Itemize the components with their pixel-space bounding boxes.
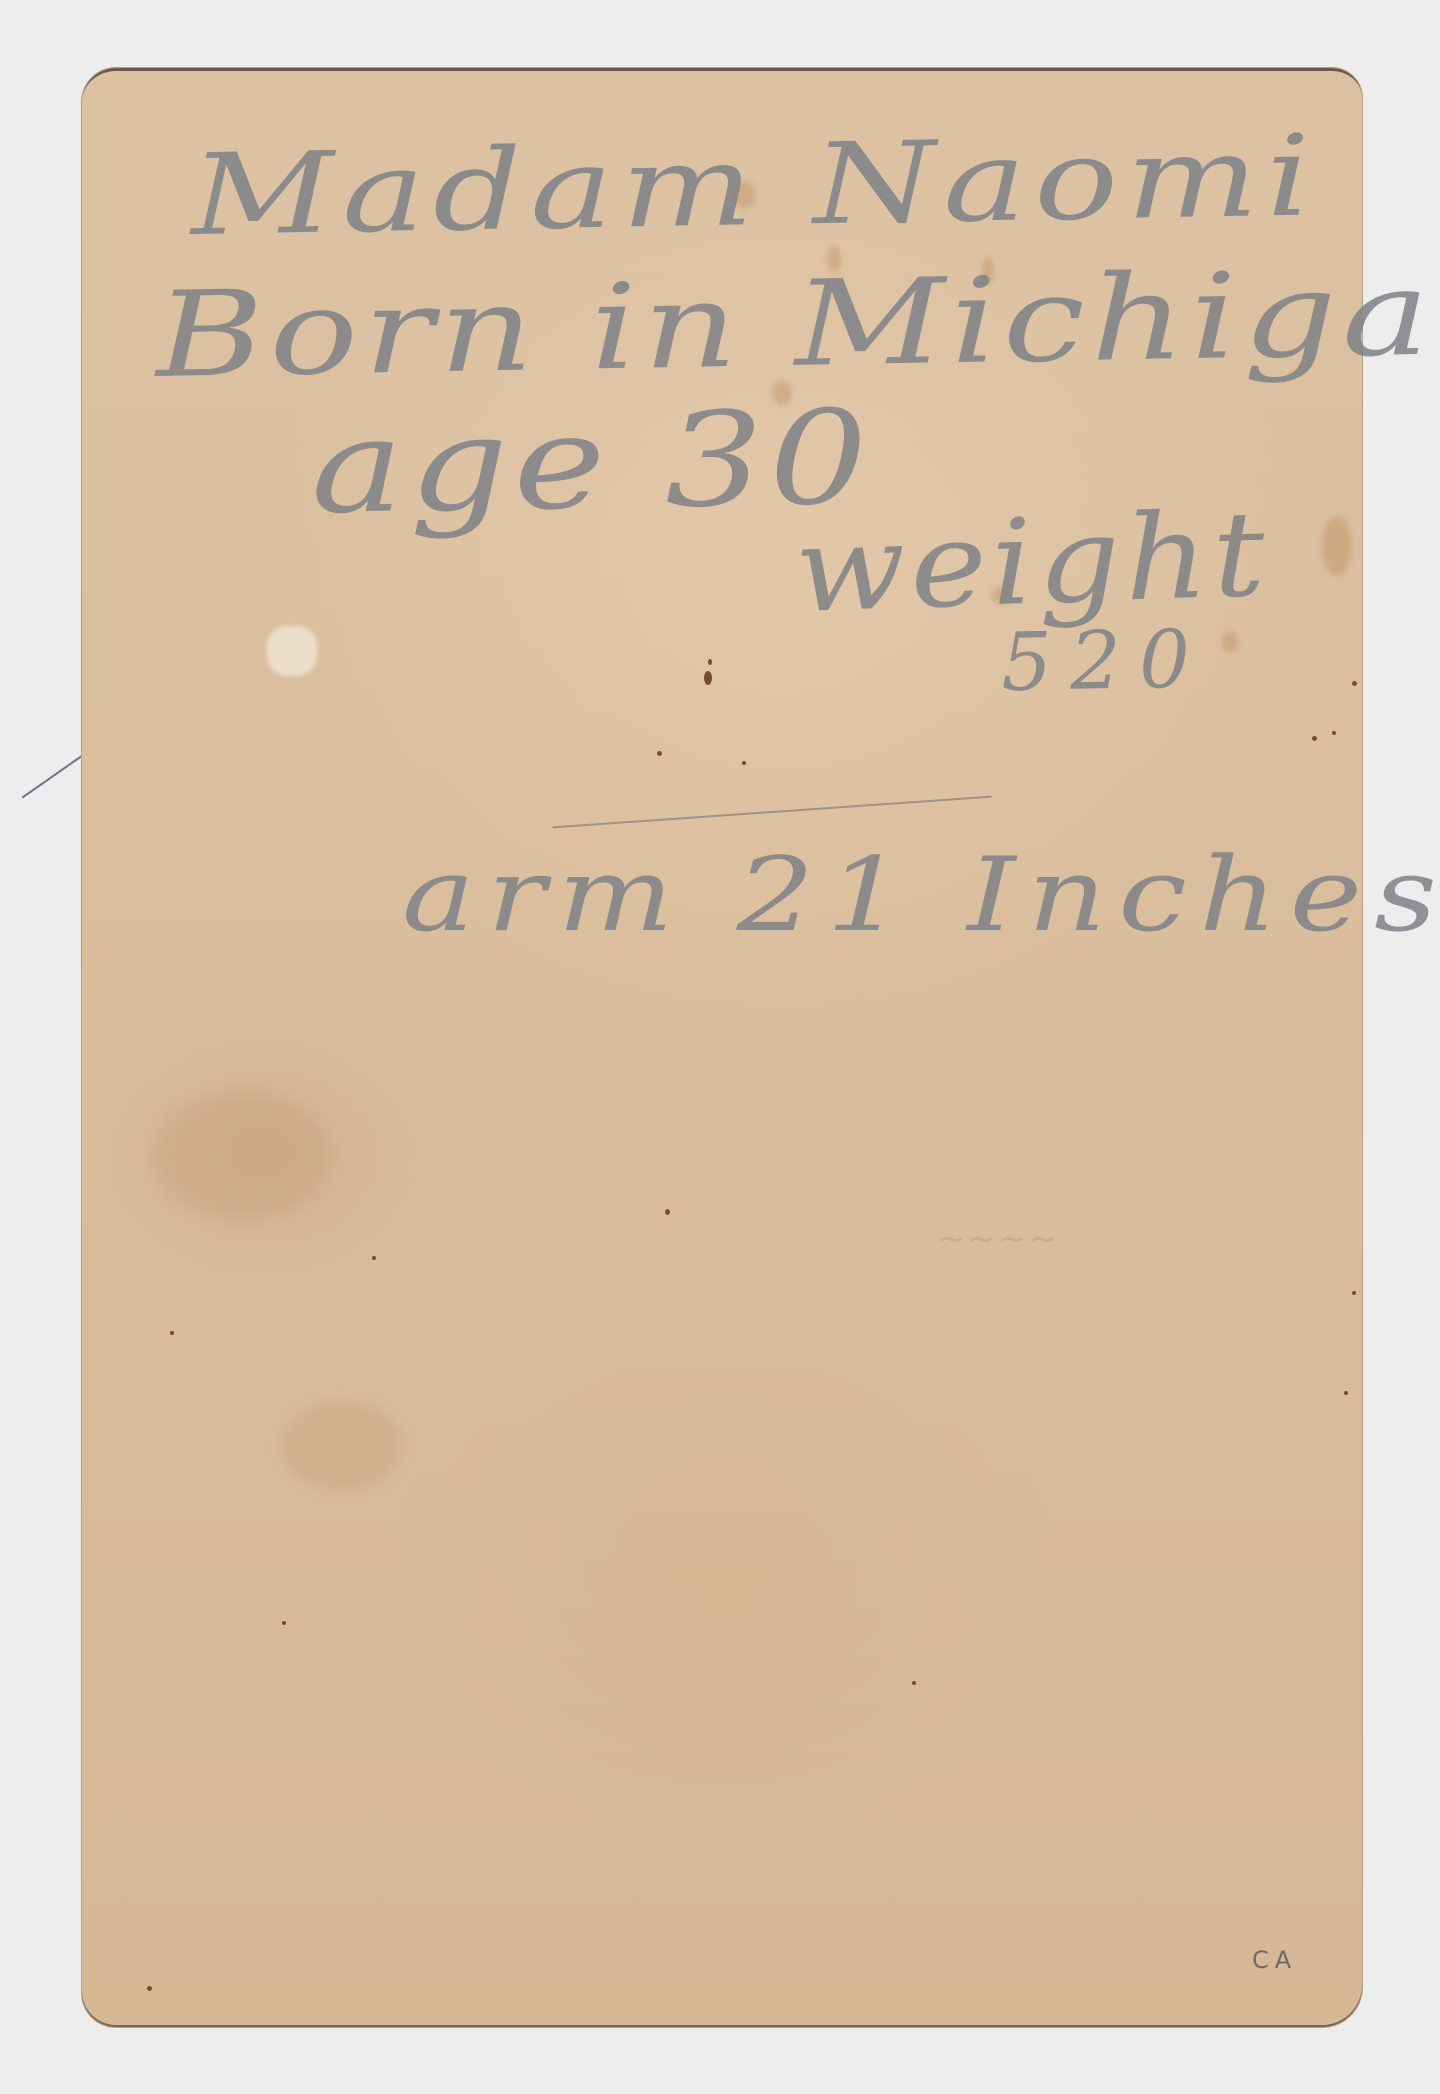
foxing-spot — [282, 1621, 286, 1625]
inscription-weight-value: 520 — [1000, 612, 1208, 709]
pencil-stroke — [552, 796, 991, 829]
inscription-arm: arm 21 Inches — [402, 836, 1440, 955]
foxing-spot — [147, 1986, 152, 1991]
foxing-spot — [657, 751, 662, 756]
foxing-spot — [1352, 681, 1357, 686]
cabinet-card-back: Madam Naomi Born in Michigan age 30 weig… — [82, 68, 1362, 2027]
foxing-spot — [708, 659, 712, 665]
foxing-spot — [742, 761, 746, 765]
foxing-spot — [1312, 736, 1317, 741]
foxing-spot — [170, 1331, 174, 1335]
foxing-stain — [1322, 516, 1352, 576]
inscription-name: Madam Naomi — [190, 111, 1320, 261]
foxing-stain — [1222, 631, 1238, 653]
foxing-spot — [704, 671, 712, 685]
foxing-spot — [1352, 1291, 1356, 1295]
faint-pencil-note: ~~~~ — [937, 1219, 1059, 1259]
foxing-spot — [665, 1209, 670, 1215]
inscription-birthplace: Born in Michigan — [155, 242, 1440, 404]
scuff-mark — [267, 626, 317, 676]
fingerprint-smudge — [152, 1091, 332, 1221]
foxing-spot — [372, 1256, 376, 1260]
inscription-age: age 30 — [309, 381, 874, 543]
foxing-spot — [1332, 731, 1336, 735]
fingerprint-smudge — [282, 1401, 402, 1491]
corner-mark: CA — [1252, 1946, 1297, 1974]
foxing-spot — [1344, 1391, 1348, 1395]
foxing-spot — [912, 1681, 916, 1685]
